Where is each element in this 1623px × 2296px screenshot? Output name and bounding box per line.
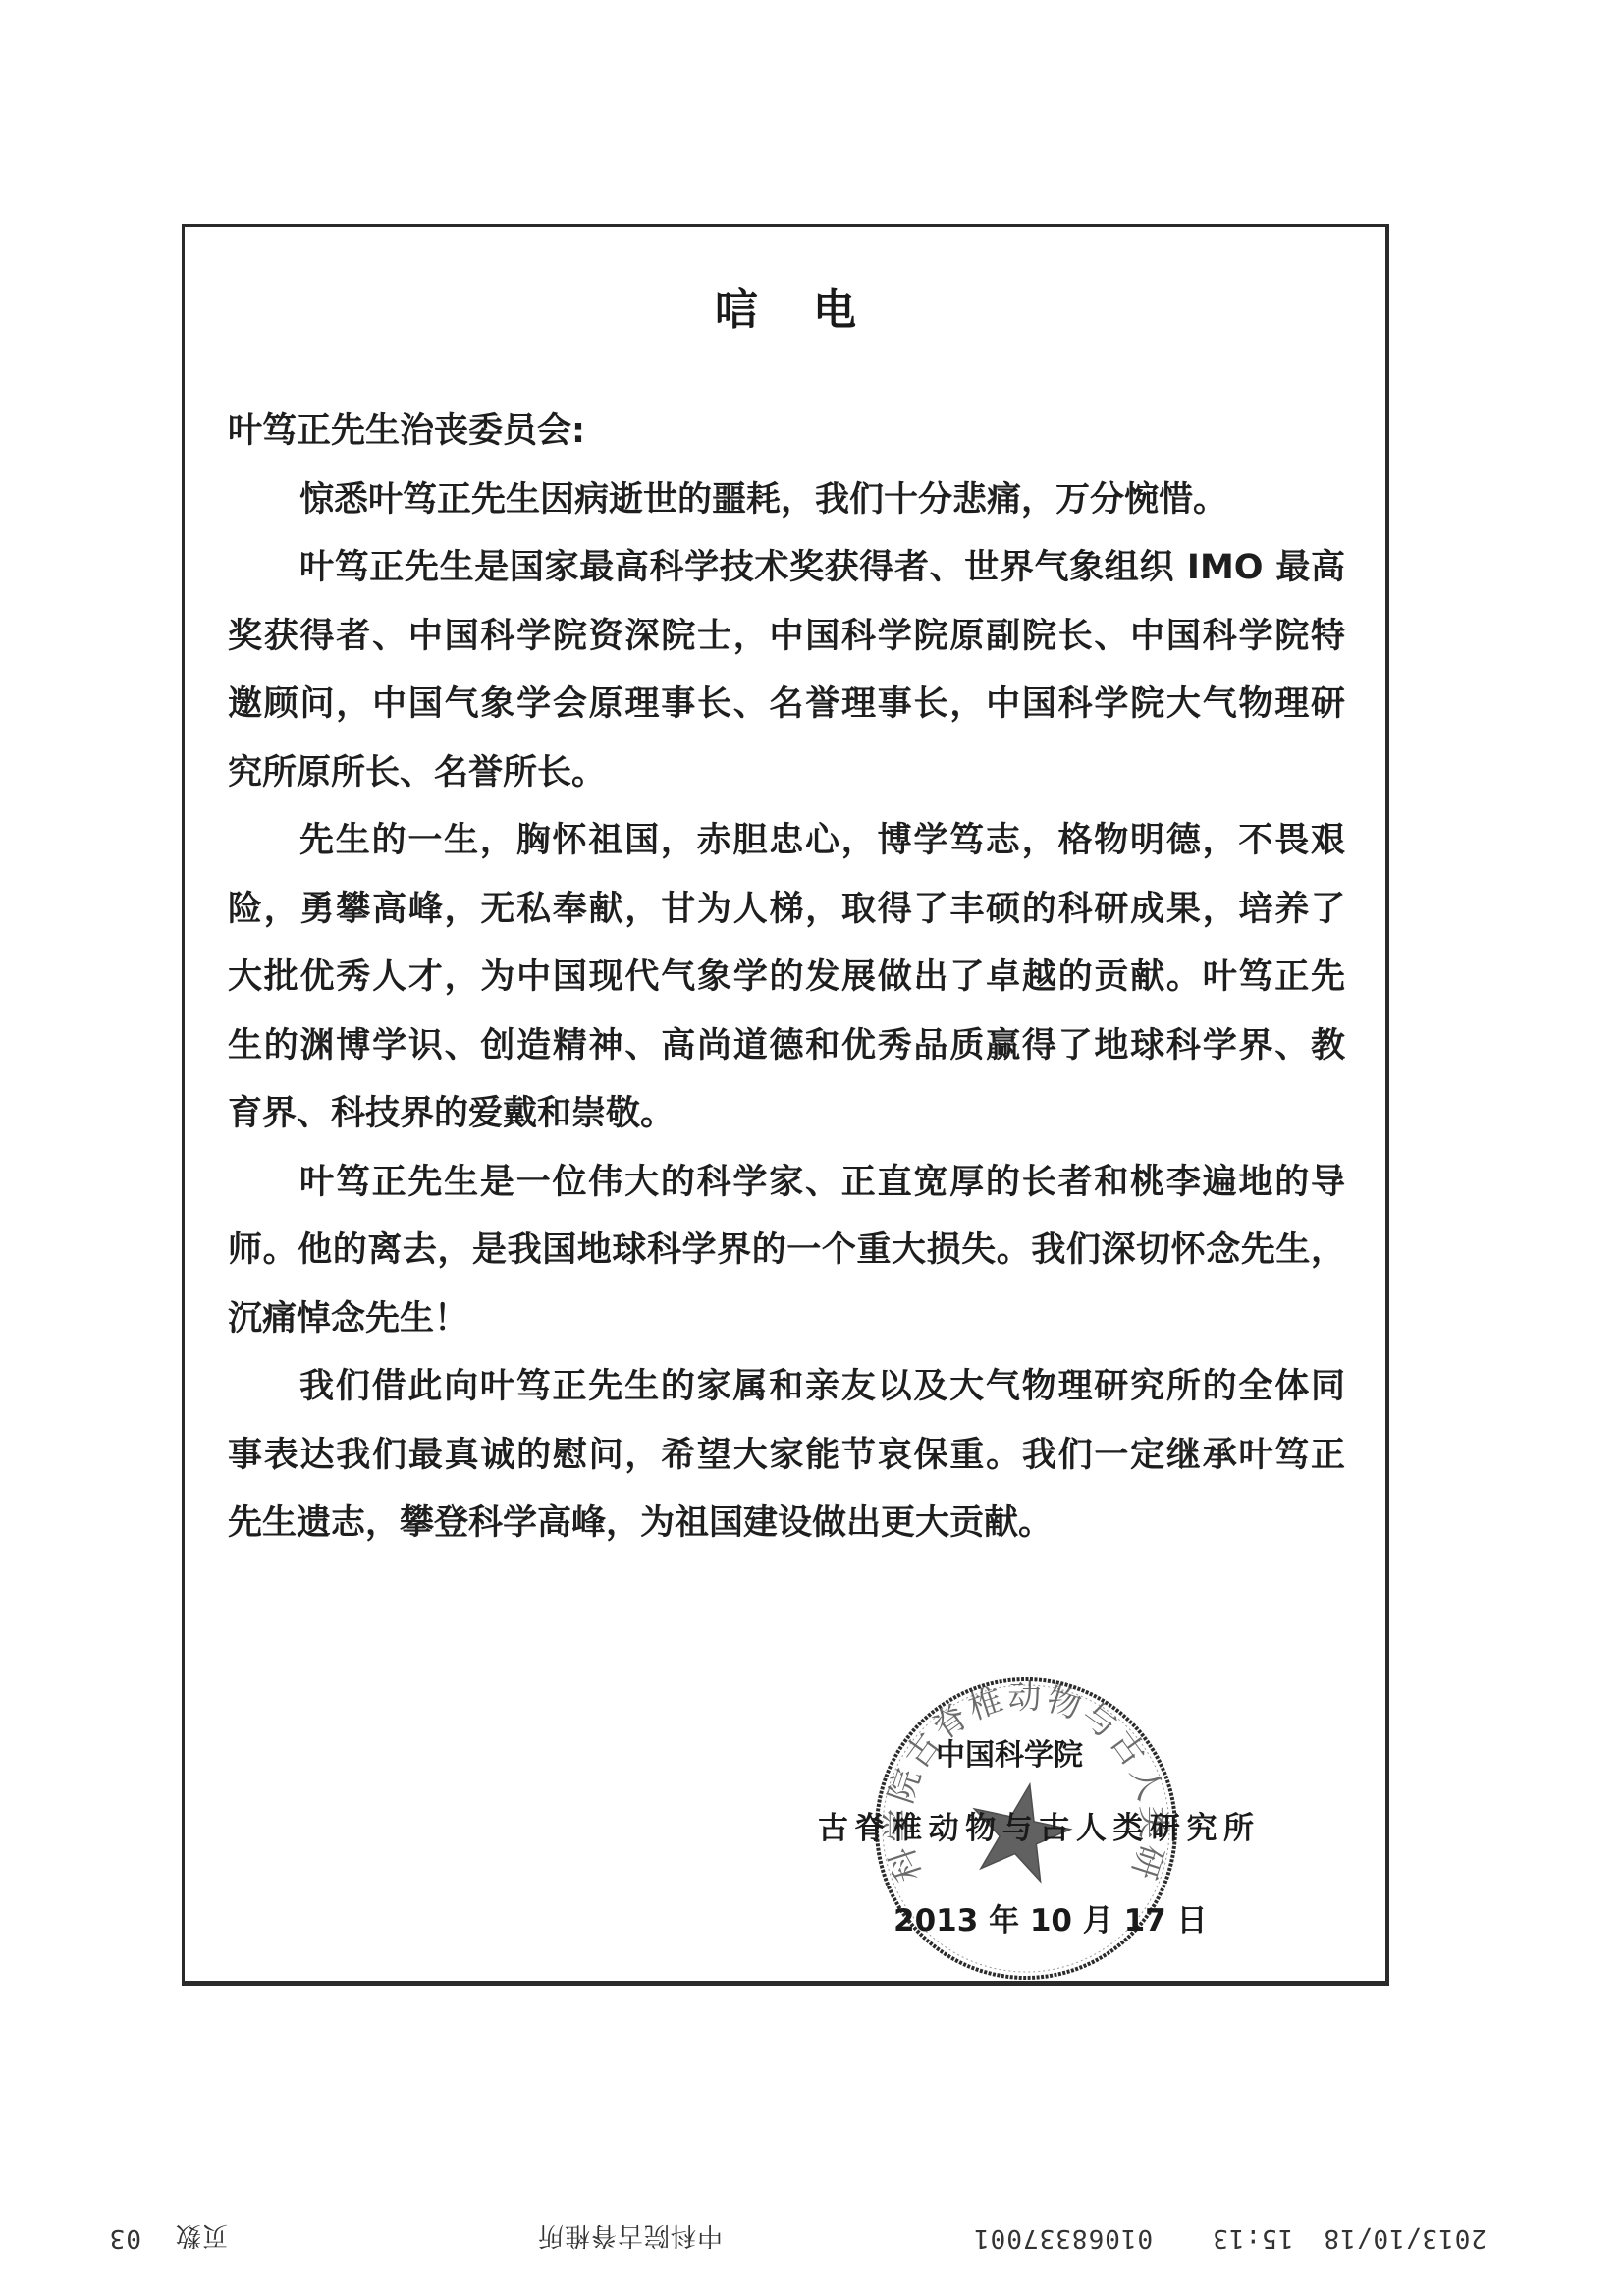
paragraph-3-line-4: 生的渊博学识、创造精神、高尚道德和优秀品质赢得了地球科学界、教 [228, 1026, 1345, 1066]
paragraph-5-line-1: 我们借此向叶笃正先生的家属和亲友以及大气物理研究所的全体同 [299, 1367, 1345, 1406]
paragraph-5-line-3: 先生遗志，攀登科学高峰，为祖国建设做出更大贡献。 [228, 1503, 1345, 1543]
paragraph-4-line-1: 叶笃正先生是一位伟大的科学家、正直宽厚的长者和桃李遍地的导 [299, 1163, 1345, 1202]
paragraph-4-line-3: 沉痛悼念先生！ [228, 1299, 1345, 1339]
paragraph-4-line-2: 师。他的离去，是我国地球科学界的一个重大损失。我们深切怀念先生， [228, 1230, 1345, 1270]
page-title: 唁 电 [0, 285, 1571, 336]
title-char-2: 电 [813, 285, 856, 336]
fax-page-number: 03 [109, 2223, 141, 2253]
paragraph-3-line-3: 大批优秀人才，为中国现代气象学的发展做出了卓越的贡献。叶笃正先 [228, 957, 1345, 997]
paragraph-5-line-2: 事表达我们最真诚的慰问，希望大家能节哀保重。我们一定继承叶笃正 [228, 1436, 1345, 1475]
paragraph-3-line-1: 先生的一生，胸怀祖国，赤胆忠心，博学笃志，格物明德，不畏艰 [299, 821, 1345, 860]
fax-date: 2013/10/18 [1323, 2223, 1487, 2253]
title-char-1: 唁 [715, 285, 758, 336]
paragraph-2-line-1: 叶笃正先生是国家最高科学技术奖获得者、世界气象组织 IMO 最高 [299, 548, 1345, 587]
paragraph-2-line-2: 奖获得者、中国科学院资深院士，中国科学院原副院长、中国科学院特 [228, 617, 1345, 656]
signature-date: 2013 年 10 月 17 日 [893, 1903, 1181, 1939]
fax-header: 2013/10/18 15:13 01068337001 中科院古脊椎所 页数 … [147, 2215, 1488, 2261]
fax-time: 15:13 [1212, 2223, 1293, 2253]
paragraph-2-line-3: 邀顾问，中国气象学会原理事长、名誉理事长，中国科学院大气物理研 [228, 684, 1345, 724]
fax-page-label: 页数 [175, 2220, 228, 2257]
salutation: 叶笃正先生治丧委员会: [228, 411, 585, 451]
paragraph-2-line-4: 究所原所长、名誉所长。 [228, 753, 1345, 793]
signature-org-parent: 中国科学院 [936, 1738, 1080, 1774]
signature-org-institute: 古脊椎动物与古人类研究所 [818, 1810, 1254, 1847]
paragraph-1-line-1: 惊悉叶笃正先生因病逝世的噩耗，我们十分悲痛，万分惋惜。 [299, 480, 1345, 519]
fax-number: 01068337001 [973, 2223, 1153, 2253]
paragraph-3-line-2: 险，勇攀高峰，无私奉献，甘为人梯，取得了丰硕的科研成果，培养了 [228, 890, 1345, 929]
fax-sender: 中科院古脊椎所 [537, 2220, 723, 2257]
paragraph-3-line-5: 育界、科技界的爱戴和崇敬。 [228, 1094, 1345, 1133]
